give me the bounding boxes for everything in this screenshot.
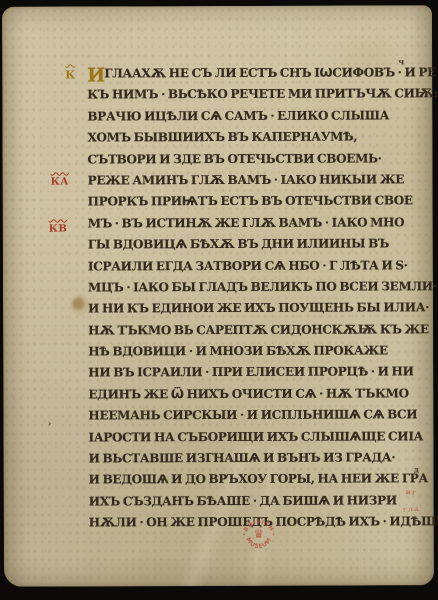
text-line: РЕЖЕ АМИНЪ ГЛѪ ВАМЪ · ІАКО НИКЫИ ЖЕ (88, 169, 414, 192)
stamp-dot (273, 533, 275, 535)
section-number-ka: КА (51, 177, 69, 188)
stain-bottom (114, 554, 209, 580)
superscript-letter: д (414, 464, 419, 474)
faint-red-gloss: иг (405, 487, 417, 497)
text-line: ВРАЧЮ ИЦѢЛИ СѦ САМЪ · ЕЛИКО СЛЫША (87, 105, 413, 128)
section-number-kv: КВ (49, 224, 68, 235)
text-line: И ВЬСТАВШЕ ИЗГНАШѦ И ВЪНЪ ИЗ ГРАДА· (89, 447, 415, 470)
text-line: И НИ КЪ ЕДИНОИ ЖЕ ИХЪ ПОУЩЕНЬ БЫ ИЛИА· (88, 298, 414, 321)
manuscript-photo: К И ГЛААХѪ НЕ СЪ ЛИ ЕСТЪ СНЪ ІѠСИФОВЪ · … (0, 0, 438, 600)
text-line: ИХЪ СЪЗДАНЪ БѢАШЕ · ДА БИШѦ И НИЗРИ (89, 490, 415, 513)
text-line: МЪ · ВЪ ИСТИНѪ ЖЕ ГЛѪ ВАМЪ · ІАКО МНО (88, 212, 414, 235)
text-line: ІАРОСТИ НА СЪБОРИЩИ ИХЪ СЛЫШѦЩЕ СИІА (88, 426, 414, 449)
stamp-dot (243, 534, 245, 536)
text-line: ПРОРКЪ ПРИѨТЪ ЕСТЪ ВЪ ОТЕЧЬСТВИ СВОЕ (88, 191, 414, 214)
text-line: ЕДИНЪ ЖЕ Ѿ НИХЪ ОЧИСТИ СѦ · НѪ ТЪКМО (88, 383, 414, 406)
text-line: НѪ ТЪКМО ВЬ САРЕПТѪ СИДОНСКѪѬ КЪ ЖЕ (88, 319, 414, 342)
text-line: СЪТВОРИ И ЗДЕ ВЪ ОТЕЧЬСТВИ СВОЕМЬ· (87, 148, 413, 171)
parchment-flaw (72, 296, 87, 313)
corrector-mark: › (47, 418, 52, 429)
text-line: НѢ ВДОВИЦИ · И МНОЗИ БѢХѪ ПРОКАЖЕ (88, 340, 414, 363)
text-line: ІСРАИЛИ ЕГДА ЗАТВОРИ СѦ НБО · Г ЛѢТА И Ѕ… (88, 255, 414, 278)
crown-icon: ♛ (254, 527, 264, 541)
text-line: ХОМЪ БЫВШИИХЪ ВЪ КАПЕРНАУМѢ, (87, 126, 413, 149)
text-line: И ВЕДОШѦ И ДО ВРЪХОУ ГОРЫ, НА НЕИ ЖЕ ГРА (89, 469, 415, 492)
superscript-letter: ч (398, 56, 404, 66)
text-line: НЕЕМАНЬ СИРСКЫИ · И ИСПЛЬНИШѦ СѦ ВСИ (88, 405, 414, 428)
section-number-gold: К (65, 68, 75, 81)
text-line: МЦЪ · ІАКО БЫ ГЛАДЪ ВЕЛИКЪ ПО ВСЕИ ЗЕМЛИ… (88, 276, 414, 299)
text-line: ГЛААХѪ НЕ СЪ ЛИ ЕСТЪ СНЪ ІѠСИФОВЪ · И РЕ (87, 62, 413, 85)
text-block: ГЛААХѪ НЕ СЪ ЛИ ЕСТЪ СНЪ ІѠСИФОВЪ · И РЕ… (87, 62, 415, 534)
british-museum-stamp: BRITISH MUSEUM ♛ (240, 515, 278, 553)
text-line: КЪ НИМЪ · ВЬСѢКО РЕЧЕТЕ МИ ПРИТЪЧѪ СИѬ: (87, 84, 413, 107)
faint-red-gloss: гла (403, 504, 420, 514)
text-line: НИ ВЪ ІСРАИЛИ · ПРИ ЕЛИСЕИ ПРОРЦѢ · И НИ (88, 362, 414, 385)
text-line: ГЫ ВДОВИЦѦ БѢХѪ ВЪ ДНИ ИЛИИНЫ ВЪ (88, 233, 414, 256)
parchment-page: К И ГЛААХѪ НЕ СЪ ЛИ ЕСТЪ СНЪ ІѠСИФОВЪ · … (2, 5, 434, 586)
